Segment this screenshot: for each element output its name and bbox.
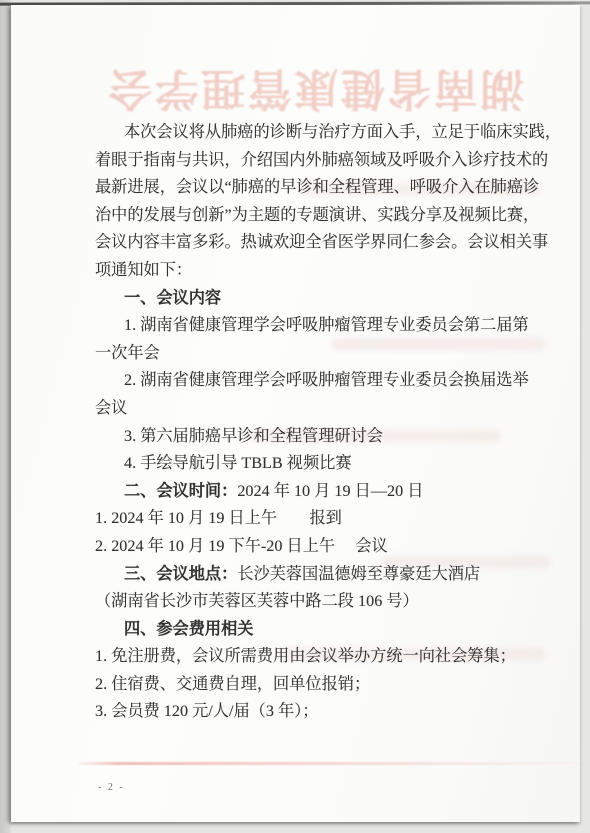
text-line: 着眼于指南与共识，介绍国内外肺癌领域及呼吸介入诊疗技术的 xyxy=(95,147,561,175)
line-text: 2024 年 10 月 19 日—20 日 xyxy=(237,482,423,500)
heading-label: 一、会议内容 xyxy=(124,289,221,307)
text-line: 一次年会 xyxy=(95,340,561,368)
text-line: 会议 xyxy=(95,395,561,423)
line-text: 2. 住宿费、交通费自理，回单位报销； xyxy=(95,675,370,693)
text-line: 3. 第六届肺癌早诊和全程管理研讨会 xyxy=(95,423,561,451)
heading-label: 三、会议地点： xyxy=(124,565,237,583)
line-text: 1. 湖南省健康管理学会呼吸肿瘤管理专业委员会第二届第 xyxy=(124,316,529,334)
line-text: 治中的发展与创新”为主题的专题演讲、实践分享及视频比赛， xyxy=(95,206,539,224)
text-line: （湖南省长沙市芙蓉区芙蓉中路二段 106 号） xyxy=(95,588,561,616)
text-line: 1. 2024 年 10 月 19 日上午 报到 xyxy=(95,505,561,533)
line-text: 本次会议将从肺癌的诊断与治疗方面入手，立足于临床实践， xyxy=(124,123,561,141)
document-body: 本次会议将从肺癌的诊断与治疗方面入手，立足于临床实践，着眼于指南与共识，介绍国内… xyxy=(95,119,561,726)
text-line: 本次会议将从肺癌的诊断与治疗方面入手，立足于临床实践， xyxy=(95,119,561,147)
text-line: 二、会议时间：2024 年 10 月 19 日—20 日 xyxy=(95,478,561,506)
text-line: 一、会议内容 xyxy=(95,285,561,313)
line-text: 长沙芙蓉国温德姆至尊豪廷大酒店 xyxy=(237,565,480,583)
line-text: 最新进展，会议以“肺癌的早诊和全程管理、呼吸介入在肺癌诊 xyxy=(95,178,539,196)
line-text: 会议内容丰富多彩。热诚欢迎全省医学界同仁参会。会议相关事 xyxy=(95,233,548,251)
line-text: 一次年会 xyxy=(95,344,160,362)
line-text: 2. 湖南省健康管理学会呼吸肿瘤管理专业委员会换届选举 xyxy=(124,371,529,389)
bleedthrough-red-divider xyxy=(79,762,585,765)
text-line: 会议内容丰富多彩。热诚欢迎全省医学界同仁参会。会议相关事 xyxy=(95,229,561,257)
text-line: 2. 住宿费、交通费自理，回单位报销； xyxy=(95,671,561,699)
heading-label: 二、会议时间： xyxy=(124,482,237,500)
text-line: 最新进展，会议以“肺癌的早诊和全程管理、呼吸介入在肺癌诊 xyxy=(95,174,561,202)
text-line: 2. 湖南省健康管理学会呼吸肿瘤管理专业委员会换届选举 xyxy=(95,367,561,395)
text-line: 2. 2024 年 10 月 19 下午-20 日上午 会议 xyxy=(95,533,561,561)
bleedthrough-letterhead-text: 湖南省健康管理学会 xyxy=(103,73,527,125)
line-text: 2. 2024 年 10 月 19 下午-20 日上午 会议 xyxy=(95,537,388,555)
text-line: 项通知如下： xyxy=(95,257,561,285)
text-line: 四、参会费用相关 xyxy=(95,616,561,644)
line-text: 3. 第六届肺癌早诊和全程管理研讨会 xyxy=(124,427,383,445)
text-line: 1. 免注册费，会议所需费用由会议举办方统一向社会筹集； xyxy=(95,643,561,671)
line-text: （湖南省长沙市芙蓉区芙蓉中路二段 106 号） xyxy=(95,592,419,610)
scanned-page: 湖南省健康管理学会 本次会议将从肺癌的诊断与治疗方面入手，立足于临床实践，着眼于… xyxy=(0,0,590,833)
line-text: 1. 2024 年 10 月 19 日上午 报到 xyxy=(95,509,342,527)
paper-sheet: 湖南省健康管理学会 本次会议将从肺癌的诊断与治疗方面入手，立足于临床实践，着眼于… xyxy=(11,5,580,822)
text-line: 1. 湖南省健康管理学会呼吸肿瘤管理专业委员会第二届第 xyxy=(95,312,561,340)
line-text: 1. 免注册费，会议所需费用由会议举办方统一向社会筹集； xyxy=(95,647,516,665)
heading-label: 四、参会费用相关 xyxy=(124,620,254,638)
text-line: 4. 手绘导航引导 TBLB 视频比赛 xyxy=(95,450,561,478)
line-text: 4. 手绘导航引导 TBLB 视频比赛 xyxy=(124,454,352,472)
page-number: - 2 - xyxy=(98,782,125,793)
line-text: 项通知如下： xyxy=(95,261,192,279)
text-line: 3. 会员费 120 元/人/届（3 年）； xyxy=(95,698,561,726)
text-line: 治中的发展与创新”为主题的专题演讲、实践分享及视频比赛， xyxy=(95,202,561,230)
line-text: 3. 会员费 120 元/人/届（3 年）； xyxy=(95,702,318,720)
line-text: 会议 xyxy=(95,399,127,417)
line-text: 着眼于指南与共识，介绍国内外肺癌领域及呼吸介入诊疗技术的 xyxy=(95,151,548,169)
text-line: 三、会议地点：长沙芙蓉国温德姆至尊豪廷大酒店 xyxy=(95,561,561,589)
